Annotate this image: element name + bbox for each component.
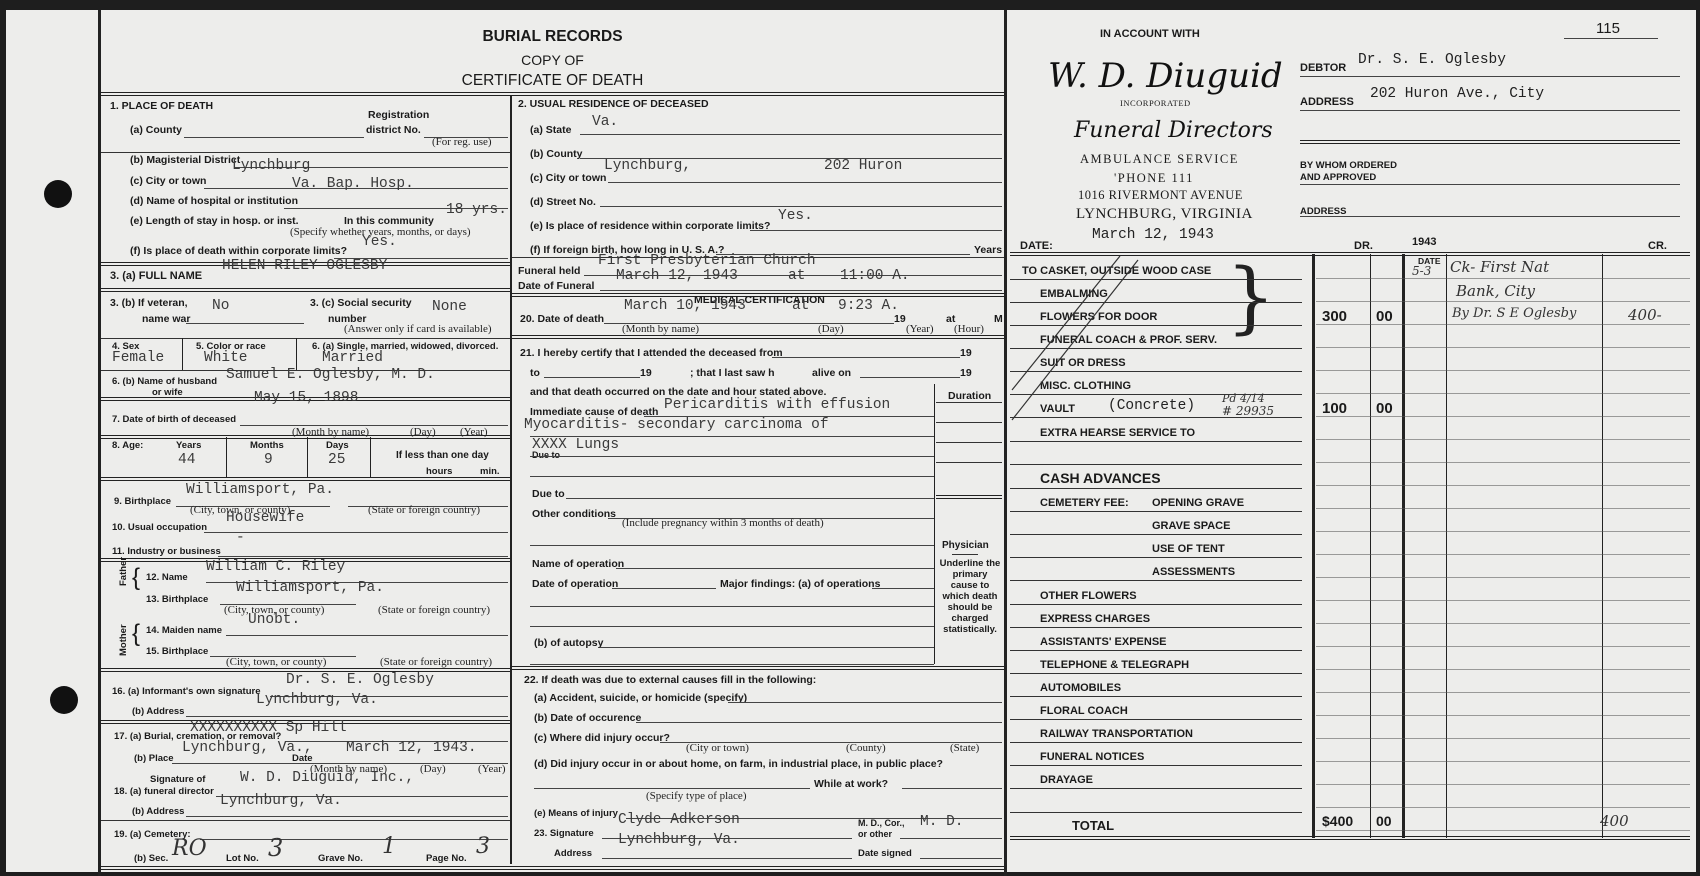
row-line [1010,511,1302,512]
industry-value: - [236,530,245,546]
findings-label: Major findings: (a) of operations [720,578,880,590]
mother-name-field[interactable] [226,635,508,636]
sex-value: Female [112,350,164,366]
certify-label: 21. I hereby certify that I attended the… [520,347,783,359]
nineteen-label: 19 [894,313,906,325]
md-label-2: or other [858,829,892,839]
row-line [1010,534,1302,535]
accident-label: (a) Accident, suicide, or homicide (spec… [534,692,747,704]
father-brace-icon: { [132,564,140,592]
lot-value: 3 [268,834,283,862]
left-border [98,10,101,876]
date-signed-label: Date signed [858,848,912,859]
due-to-label: Due to [532,488,565,500]
magisterial-label: (b) Magisterial District [130,154,240,166]
divider [101,820,510,821]
date-signed-field[interactable] [920,858,1002,859]
veteran-sub-label: name war [142,313,190,325]
street-address: 1016 RIVERMONT AVENUE [1078,188,1243,203]
address-value: 202 Huron Ave., City [1370,86,1544,102]
physician-address-field[interactable] [602,858,852,859]
place-type-note: (Specify type of place) [646,790,746,802]
age-years-label: Years [176,440,201,451]
row-line [1010,742,1302,743]
magisterial-value: Lynchburg [232,158,310,174]
row-line [1010,765,1302,766]
burial-value: XXXXXXXXXX Sp Hill [190,720,347,736]
center-divider [1004,10,1007,876]
age-days-label: Days [326,440,349,451]
cr-label: CR. [1648,240,1667,252]
director-address-value: Lynchburg, Va. [220,793,342,809]
debtor-field[interactable] [1300,76,1680,77]
item-drayage: DRAYAGE [1040,774,1093,786]
min-label: min. [480,466,500,477]
section-place-of-death: 1. PLACE OF DEATH [110,100,213,112]
ordered-label-2: AND APPROVED [1300,172,1376,183]
vault-number: # 29935 [1222,404,1274,418]
section-residence: 2. USUAL RESIDENCE OF DECEASED [518,98,709,110]
where-injury-label: (c) Where did injury occur? [534,732,670,744]
item-use-of-tent: USE OF TENT [1152,543,1225,555]
while-at-work-label: While at work? [814,778,888,790]
hospital-label: (d) Name of hospital or institution [130,195,298,207]
ordered-label-1: BY WHOM ORDERED [1300,160,1397,171]
item-telephone-telegraph: TELEPHONE & TELEGRAPH [1040,659,1189,671]
due-to-field-3[interactable] [566,498,934,499]
item-floral-coach: FLORAL COACH [1040,705,1128,717]
corporate-label: (f) Is place of death within corporate l… [130,245,347,257]
operation-date-field[interactable] [612,588,716,589]
year-label: 1943 [1412,236,1436,248]
divider [226,437,227,478]
findings-field-3[interactable] [530,626,934,627]
physician-address-label: Address [554,848,592,859]
veteran-field[interactable] [186,323,304,324]
physician-signature-value: Clyde Adkerson [618,812,740,828]
state-note: (State or foreign country) [378,604,490,616]
due-to-field[interactable] [530,456,934,457]
md-field[interactable] [900,838,1002,839]
total-dollars: $400 [1322,813,1353,829]
heading-burial-records: BURIAL RECORDS [101,28,1004,46]
address-field[interactable] [1300,110,1680,111]
hospital-value: Va. Bap. Hosp. [292,176,414,192]
age-label: 8. Age: [112,440,143,451]
credit-note-1: Ck- First Nat [1450,258,1549,276]
state-field[interactable] [580,134,1002,135]
address-label: ADDRESS [1300,96,1354,108]
state-value: Va. [592,114,618,130]
funeral-held-label: Funeral held [518,265,580,277]
in-account-with: IN ACCOUNT WITH [1100,28,1200,40]
alive-on-label: alive on [812,367,851,379]
firm-logo: W. D. Diuguid [1048,56,1283,96]
divider [101,92,1004,96]
heading-certificate-of-death: CERTIFICATE OF DEATH [101,72,1004,90]
informant-address-value: Lynchburg, Va. [256,692,378,708]
director-address-field[interactable] [186,816,508,817]
alive-on-field[interactable] [860,377,960,378]
burial-place-label: (b) Place [134,753,174,764]
duration-line [936,422,1002,423]
item-railway-transportation: RAILWAY TRANSPORTATION [1040,728,1193,740]
occupation-field[interactable] [204,532,508,533]
to-label: to [530,367,540,379]
divider [370,437,371,478]
less-than-day-label: If less than one day [396,450,489,461]
funeral-time-value: 11:00 A. [840,268,910,284]
item-automobiles: AUTOMOBILES [1040,682,1121,694]
amount-grid [1316,254,1690,838]
physician-signature-label: 23. Signature [534,828,594,839]
mother-birthplace-label: 15. Birthplace [146,646,208,657]
divider [182,338,183,370]
row-line [1010,464,1302,465]
father-birthplace-label: 13. Birthplace [146,594,208,605]
father-name-value: William C. Riley [206,559,345,575]
veteran-value: No [212,298,229,314]
divider [101,152,510,153]
divider [512,335,1004,339]
nineteen-label: 19 [960,367,972,379]
corporate-value: Yes. [362,234,397,250]
row-line [1010,696,1302,697]
state-note-2: (State) [950,742,979,754]
row-line [1246,279,1302,280]
spouse-label: 6. (b) Name of husband [112,376,217,387]
vault-cents: 00 [1376,400,1393,417]
death-date-value: March 10, 1943 [624,298,746,314]
burial-date-value: March 12, 1943. [346,740,477,756]
credit-note-2: Bank, City [1456,282,1535,300]
state-note: (State or foreign country) [380,656,492,668]
credit-note-3: By Dr. S E Oglesby [1452,306,1576,321]
mother-name-label: 14. Maiden name [146,625,222,636]
divider [101,288,510,292]
years-label: Years [974,244,1002,256]
row-line [1246,325,1302,326]
flowers-cents: 00 [1376,308,1393,325]
other-conditions-field-2[interactable] [530,545,934,546]
credit-date-value: 5-3 [1412,264,1431,278]
external-causes-label: 22. If death was due to external causes … [524,674,816,686]
ledger-column-divider [1312,254,1315,838]
row-line [1010,627,1302,628]
duration-line [936,462,1002,463]
divider [101,338,510,339]
res-corporate-field[interactable] [750,230,1002,231]
duration-line [936,442,1002,443]
item-grave-space: GRAVE SPACE [1152,520,1230,532]
divider [307,437,308,478]
divider [1010,836,1690,840]
cash-advances-heading: CASH ADVANCES [1040,470,1161,486]
day-note: (Day) [818,323,844,335]
item-express-charges: EXPRESS CHARGES [1040,613,1150,625]
birthplace-value: Williamsport, Pa. [186,482,334,498]
age-days-value: 25 [328,452,345,468]
autopsy-label: (b) of autopsy [534,637,603,649]
stay-label: (e) Length of stay in hosp. or inst. [130,215,299,227]
tagline: Funeral Directors [1074,118,1273,143]
registration-label: Registration [368,109,429,121]
row-line [1010,580,1302,581]
age-months-value: 9 [264,452,273,468]
item-assistants-expense: ASSISTANTS' EXPENSE [1040,636,1167,648]
heading-copy-of: COPY OF [101,52,1004,68]
res-corporate-label: (e) Is place of residence within corpora… [530,220,770,232]
attended-to-field[interactable] [544,377,640,378]
while-at-work-field[interactable] [902,788,1002,789]
state-note: (State or foreign country) [368,504,480,516]
page-label: Page No. [426,853,467,864]
vault-dollars: 100 [1322,400,1347,417]
director-value: W. D. Diuguid, Inc., [240,770,414,786]
year-note: (Year) [906,323,934,335]
city-town-note: (City or town) [686,742,749,754]
death-at: at [792,298,809,314]
total-credit: 400 [1600,812,1629,830]
year-note: (Year) [478,763,506,775]
hours-label: hours [426,466,452,477]
item-assessments: ASSESSMENTS [1152,566,1235,578]
injury-place-field[interactable] [534,788,810,789]
divider [952,554,978,555]
operation-field[interactable] [616,568,934,569]
ordered-address-field[interactable] [1300,216,1680,217]
incorporated-label: INCORPORATED [1120,98,1191,108]
grave-label: Grave No. [318,853,363,864]
funeral-date-field[interactable] [600,290,1002,291]
mother-label: Mother [118,624,129,656]
director-address-label: (b) Address [132,806,184,817]
physician-address-value: Lynchburg, Va. [618,832,740,848]
other-conditions-label: Other conditions [532,508,616,520]
row-line [1010,557,1302,558]
item-funeral-notices: FUNERAL NOTICES [1040,751,1144,763]
occupation-label: 10. Usual occupation [112,522,207,533]
autopsy-field-2[interactable] [530,664,934,665]
operation-label: Name of operation [532,558,624,570]
physician-note: Underline the primary cause to which dea… [938,558,1002,635]
ordered-field[interactable] [1300,184,1680,185]
age-years-value: 44 [178,452,195,468]
res-city-value: Lynchburg, [604,158,691,174]
father-birthplace-value: Williamsport, Pa. [236,580,384,596]
divider [101,477,510,481]
community-value: 18 yrs. [446,202,507,218]
hour-note: (Hour) [954,323,984,335]
total-cents: 00 [1376,813,1392,829]
sec-value: RO [172,836,207,861]
day-note: (Day) [420,763,446,775]
mother-brace-icon: { [132,620,140,648]
res-corporate-value: Yes. [778,208,813,224]
date-value: March 12, 1943 [1092,227,1214,243]
city-state: LYNCHBURG, VIRGINIA [1076,206,1253,223]
full-name-label: 3. (a) FULL NAME [110,270,202,282]
row-line [1010,812,1302,813]
county-field[interactable] [184,137,364,138]
marital-value: Married [322,350,383,366]
funeral-date-value: March 12, 1943 [616,268,738,284]
due-to-label: Due to [532,450,560,460]
county-label: (a) County [130,124,182,136]
spouse-value: Samuel E. Oglesby, M. D. [226,367,435,383]
cause-line-2: Myocarditis- secondary carcinoma of [524,417,829,433]
reg-use-note: (For reg. use) [432,136,492,148]
industry-field[interactable] [218,556,508,557]
duration-column-divider [934,384,935,664]
duration-line [936,402,1002,403]
duration-label: Duration [948,390,991,402]
res-city-field[interactable] [608,182,1002,183]
phone: 'PHONE 111 [1114,171,1194,186]
father-name-label: 12. Name [146,572,188,583]
divider [101,866,1004,870]
occupation-value: Housewife [226,510,304,526]
flowers-dollars: 300 [1322,308,1347,325]
city-note: (City, town, or county) [226,656,326,668]
means-label: (e) Means of injury [534,808,618,819]
informant-sig-value: Dr. S. E. Oglesby [286,672,434,688]
industry-label: 11. Industry or business [112,546,221,557]
due-to-field-2[interactable] [530,476,934,477]
immediate-cause-value: Pericarditis with effusion [664,397,890,413]
findings-field[interactable] [872,588,934,589]
informant-sig-label: 16. (a) Informant's own signature [112,686,260,697]
nineteen-label: 19 [960,347,972,359]
funeral-held-value: First Presbyterian Church [598,253,816,269]
row-line [1010,488,1302,489]
director-label-1: Signature of [150,774,205,785]
veteran-label: 3. (b) If veteran, [110,297,188,309]
informant-address-field[interactable] [186,716,508,717]
county-note: (County) [846,742,886,754]
ambulance-service: AMBULANCE SERVICE [1080,152,1239,167]
director-label-2: 18. (a) funeral director [114,786,214,797]
grave-value: 1 [382,834,396,859]
ssn-label: 3. (c) Social security [310,297,412,309]
divider [296,338,297,370]
row-line [1010,441,1302,442]
row-line [1010,650,1302,651]
debtor-value: Dr. S. E. Oglesby [1358,52,1506,68]
page-number: 115 [1596,20,1620,37]
punch-hole [50,686,78,714]
physician-label: Physician [942,540,989,551]
state-label: (a) State [530,124,571,136]
last-saw-label: ; that I last saw h [690,367,775,379]
age-months-label: Months [250,440,284,451]
cemetery-field[interactable] [200,839,508,840]
bracket-icon: } [1226,258,1276,338]
row-line [1010,788,1302,789]
res-street-value: 202 Huron [824,158,902,174]
m-label: M [994,313,1003,325]
md-label-1: M. D., Cor., [858,818,905,828]
divider [936,495,1002,499]
death-date-label: 20. Date of death [520,313,604,325]
md-value: M. D. [920,814,964,830]
divider [101,435,510,439]
full-name-value: HELEN RILEY OGLESBY [222,258,387,274]
page-value: 3 [476,834,490,859]
district-label: district No. [366,124,421,136]
race-value: White [204,350,248,366]
debtor-label: DEBTOR [1300,62,1346,74]
nineteen-label: 19 [640,367,652,379]
res-street-label: (d) Street No. [530,196,596,208]
month-note: (Month by name) [622,323,699,335]
occurence-field[interactable] [636,722,1002,723]
ssn-note: (Answer only if card is available) [344,323,492,335]
informant-address-label: (b) Address [132,706,184,717]
ssn-value: None [432,299,467,315]
dob-value: May 15, 1898 [254,390,358,406]
death-time-value: 9:23 A. [838,298,899,314]
cert-column-divider [510,96,512,864]
lot-label: Lot No. [226,853,259,864]
row-line [1010,604,1302,605]
mother-name-value: Unobt. [248,612,300,628]
birthplace-label: 9. Birthplace [114,496,171,507]
city-label: (c) City or town [130,175,206,187]
page-number-line [1564,38,1658,39]
cemetery-fee-label: CEMETERY FEE: [1040,497,1129,509]
dr-label: DR. [1354,240,1373,252]
accident-field[interactable] [728,702,1002,703]
funeral-date-label: Date of Funeral [518,280,594,292]
divider [1300,140,1680,144]
total-label: TOTAL [1072,818,1114,833]
funeral-at: at [788,268,805,284]
row-line [1246,302,1302,303]
operation-date-label: Date of operation [532,578,618,590]
credit-amount: 400- [1628,306,1662,324]
father-label: Father [118,557,129,586]
row-line [1010,673,1302,674]
divider [512,666,1004,670]
occurence-label: (b) Date of occurence [534,712,641,724]
res-city-label: (c) City or town [530,172,606,184]
injury-place-label: (d) Did injury occur in or about home, o… [534,758,943,770]
attended-from-field[interactable] [772,357,960,358]
findings-field-2[interactable] [530,606,934,607]
strike-lines [1010,250,1150,430]
dob-label: 7. Date of birth of deceased [112,414,236,425]
row-line [1010,719,1302,720]
punch-hole [44,180,72,208]
res-county-label: (b) County [530,148,583,160]
other-conditions-note: (Include pregnancy within 3 months of de… [622,517,824,529]
item-opening-grave: OPENING GRAVE [1152,497,1244,509]
sec-label: (b) Sec. [134,853,168,864]
autopsy-field[interactable] [600,647,934,648]
res-street-field[interactable] [600,206,1002,207]
item-other-flowers: OTHER FLOWERS [1040,590,1137,602]
